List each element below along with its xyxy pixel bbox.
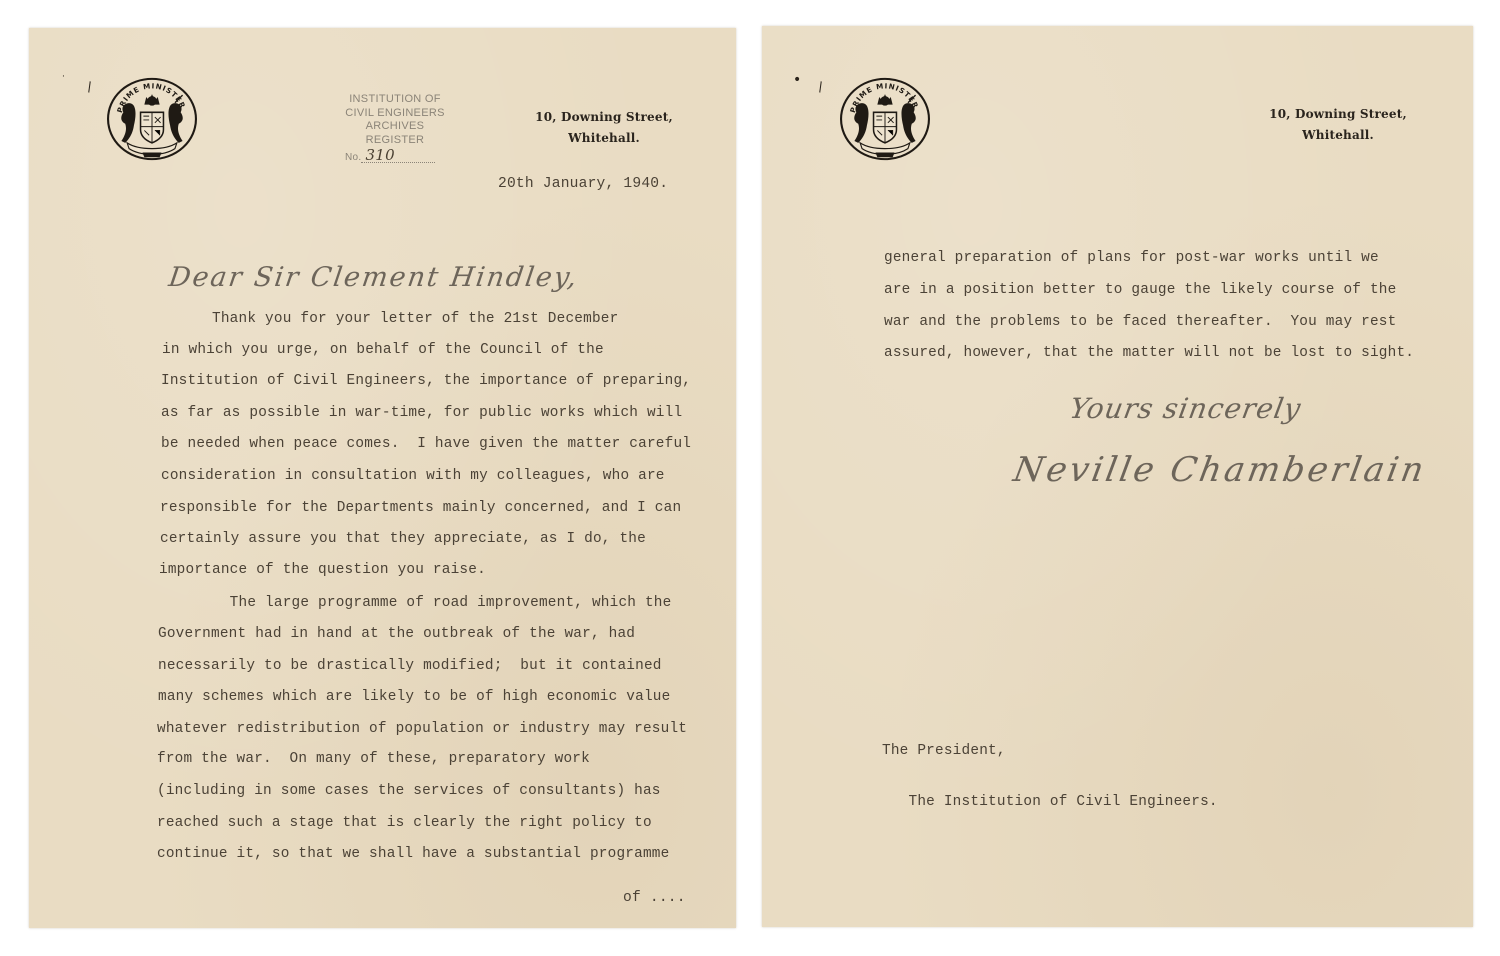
letter-page-1: · \ PRIME MINISTER (29, 28, 736, 928)
register-number-label: No. (345, 152, 361, 163)
body-line: reached such a stage that is clearly the… (157, 815, 652, 831)
body-line: whatever redistribution of population or… (157, 721, 687, 737)
address-district: Whitehall. (1263, 125, 1413, 146)
letter-date: 20th January, 1940. (498, 176, 668, 192)
stamp-line: ARCHIVES (345, 120, 445, 134)
prime-minister-crest-icon: PRIME MINISTER (104, 76, 200, 162)
address-street: 10, Downing Street, (529, 107, 679, 128)
body-line: general preparation of plans for post-wa… (884, 250, 1379, 266)
ink-tick-mark: \ (84, 80, 94, 95)
body-line: in which you urge, on behalf of the Coun… (162, 342, 604, 358)
letter-body-page-2: general preparation of plans for post-wa… (884, 250, 1464, 380)
body-line: responsible for the Departments mainly c… (160, 500, 681, 516)
royal-coat-of-arms-icon: PRIME MINISTER (837, 76, 933, 162)
address-street: 10, Downing Street, (1263, 104, 1413, 125)
body-line: The large programme of road improvement,… (159, 595, 671, 611)
body-line: continue it, so that we shall have a sub… (157, 846, 669, 862)
recipient-line-1: The President, (882, 743, 1218, 760)
body-line: are in a position better to gauge the li… (884, 282, 1396, 298)
body-line: Institution of Civil Engineers, the impo… (161, 373, 691, 389)
handwritten-salutation: Dear Sir Clement Hindley, (167, 262, 581, 293)
register-number-row: No.310 (345, 148, 445, 165)
letter-page-2: • \ PRIME MINISTER 10, Downing Street, W (762, 26, 1473, 927)
continuation-marker: of .... (623, 890, 686, 906)
body-line: many schemes which are likely to be of h… (158, 689, 670, 705)
body-line: Government had in hand at the outbreak o… (158, 626, 635, 642)
body-line: assured, however, that the matter will n… (884, 345, 1414, 361)
body-line: importance of the question you raise. (159, 562, 486, 578)
body-line: Thank you for your letter of the 21st De… (159, 311, 618, 327)
body-line: as far as possible in war-time, for publ… (161, 405, 682, 421)
address-district: Whitehall. (529, 128, 679, 149)
body-line: (including in some cases the services of… (157, 783, 661, 799)
handwritten-signature: Neville Chamberlain (1010, 450, 1429, 490)
letter-body-page-1: Thank you for your letter of the 21st De… (159, 311, 739, 871)
letterhead-address: 10, Downing Street, Whitehall. (1263, 104, 1413, 146)
archive-register-stamp: INSTITUTION OF CIVIL ENGINEERS ARCHIVES … (345, 93, 445, 165)
ink-speck-mark: · (62, 72, 65, 82)
stamp-line: CIVIL ENGINEERS (345, 107, 445, 121)
body-line: from the war. On many of these, preparat… (157, 751, 590, 767)
handwritten-closing: Yours sincerely (1067, 392, 1304, 425)
recipient-address: The President, The Institution of Civil … (882, 709, 1218, 845)
body-line: necessarily to be drastically modified; … (158, 658, 662, 674)
letterhead-address: 10, Downing Street, Whitehall. (529, 107, 679, 149)
stamp-line: INSTITUTION OF (345, 93, 445, 107)
body-line: consideration in consultation with my co… (161, 468, 665, 484)
recipient-line-2: The Institution of Civil Engineers. (882, 794, 1218, 811)
royal-coat-of-arms-icon: PRIME MINISTER (104, 76, 200, 162)
ink-tick-mark: \ (815, 80, 825, 95)
ink-dot-mark: • (793, 72, 801, 88)
body-line: war and the problems to be faced thereaf… (884, 314, 1396, 330)
stamp-line: REGISTER (345, 134, 445, 148)
prime-minister-crest-icon: PRIME MINISTER (837, 76, 933, 162)
body-line: be needed when peace comes. I have given… (161, 436, 691, 452)
body-line: certainly assure you that they appreciat… (160, 531, 646, 547)
register-number-value: 310 (361, 148, 435, 163)
